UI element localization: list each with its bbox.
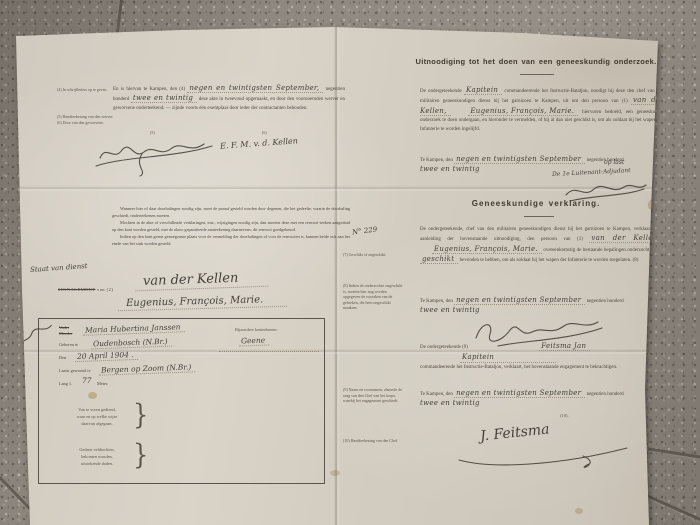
commander-signature-flourish (455, 444, 635, 474)
commander-signature-handwritten: J. Feitsma (479, 421, 550, 444)
mother-label: Moeder (59, 331, 72, 336)
paper-stain (330, 470, 340, 476)
birthdate-handwritten: 20 April 1904 . (75, 350, 138, 361)
recruiter-signature-flourish (90, 132, 220, 180)
date-label: Den (59, 355, 66, 360)
rank-handwritten: Kapitein (464, 86, 502, 95)
recruit-signature-handwritten: E. F. M. v. d. Kellen (220, 136, 298, 150)
op-last-handwritten: op last (604, 159, 624, 166)
residence-handwritten: Bergen op Zoom (N.Br.) (99, 362, 196, 374)
length-label: Lang 1. (59, 381, 72, 386)
birthplace-handwritten: Oudenbosch (N.Br.) (91, 337, 172, 349)
declaration-title: Geneeskundige verklaring. (406, 199, 666, 208)
invitation-title: Uitnoodiging tot het doen van een genees… (406, 57, 666, 66)
names-handwritten: Eugenius, François, Marie. (432, 245, 542, 254)
declaration-paragraph: De ondergeteekende, chef van den militai… (420, 226, 664, 266)
signalement-label: SIGNALEMENT van (2) (58, 287, 113, 292)
year-handwritten: twee en twintig (420, 399, 664, 407)
father-label: Vader (59, 325, 69, 330)
note-ref-10: (10). (560, 413, 569, 419)
deed-date-handwritten: negen en twintigsten September, (187, 84, 323, 93)
officer-rank-handwritten: Kapitein (460, 353, 556, 362)
instruction-paragraph: Wanneer hier of daar doorhalingen noodig… (112, 206, 350, 220)
margin-note-5: (5) Handteekening van den werver. (57, 114, 157, 120)
deed-year-handwritten: twee en twintig (131, 94, 197, 103)
date-handwritten: negen en twintigsten September (454, 389, 585, 398)
instruction-paragraph: Indien op den kant geene genoegzame plaa… (112, 234, 350, 248)
previous-service-label: Van te voren gediend, waar en op welke w… (63, 407, 131, 427)
horizontal-fold-crease (18, 186, 654, 191)
dotted-rule (219, 351, 319, 353)
fit-verdict-handwritten: geschikt (420, 255, 458, 264)
names-handwritten: Eugenius, François, Marie. (468, 107, 578, 116)
special-marks-label: Bijzondere kenteekenen: (235, 327, 278, 334)
mother-name-handwritten: Maria Hubertina Janssen (83, 322, 185, 335)
deed-clause-paragraph: En is hiervan te Kampen, den (4) negen e… (113, 84, 345, 113)
service-record-box: Vader Moeder Maria Hubertina Janssen Geb… (38, 318, 325, 484)
deed-text: En is hiervan te Kampen, den (4) (113, 87, 185, 92)
recruit-names-handwritten: Eugenius, François, Marie. (118, 294, 288, 311)
length-value-handwritten: 77 (82, 376, 92, 385)
surname-handwritten: van der Kellen, (589, 234, 664, 243)
campaigns-label: Gedane veldtochten, bekomen wonden, uits… (63, 447, 131, 467)
brace-glyph: } (133, 439, 148, 471)
margin-note-8: (8) Indien de onderzochte ongeschikt is,… (343, 283, 403, 311)
title-rule (524, 216, 554, 217)
special-marks-handwritten: Geene (239, 335, 269, 345)
instruction-paragraph: Mochten in de akte of verschillende verk… (112, 220, 350, 234)
endorsement-dateline: Te Kampen, den negen en twintigsten Sept… (420, 389, 664, 408)
brace-glyph: } (133, 399, 148, 431)
endorsement-paragraph: De ondergeteekende (9) Feitsma Jan Kapit… (420, 342, 664, 372)
length-unit-label: Meter. (97, 381, 108, 386)
invitation-paragraph: De ondergeteekende Kapitein commandeeren… (420, 86, 664, 134)
document-number-handwritten: N° 229 (352, 225, 378, 236)
signalement-struck-word: SIGNALEMENT (58, 287, 95, 292)
recruit-surname-handwritten: van der Kellen (135, 270, 269, 292)
margin-note-6: (6) Door van den geworvene. (57, 120, 157, 126)
signature-ref-6: (6) (262, 130, 267, 136)
officer-name-handwritten: Feitsma Jan (539, 342, 590, 351)
date-handwritten: negen en twintigsten September (454, 155, 585, 164)
last-lived-label: Laatst gewoond te (59, 368, 91, 373)
date-handwritten: negen en twintigsten September (454, 296, 585, 305)
document-paper: (4) In schrijfletters op te geven. En is… (0, 0, 700, 525)
title-rule (520, 74, 554, 75)
margin-note-9: (9) Naam en voornamen, alsmede de rang v… (343, 387, 405, 404)
born-at-label: Geboren te (59, 342, 78, 347)
instructions-paragraphs: Wanneer hier of daar doorhalingen noodig… (112, 206, 350, 247)
paper-stain (575, 508, 583, 514)
margin-note-7: (7) Geschikt of ongeschikt. (343, 252, 401, 258)
margin-note-10: (10) Handteekening van den Chef. (343, 438, 405, 444)
photo-of-document-on-tiled-floor: (4) In schrijfletters op te geven. En is… (0, 0, 700, 525)
service-record-title-handwritten: Staat van dienst (30, 262, 88, 274)
